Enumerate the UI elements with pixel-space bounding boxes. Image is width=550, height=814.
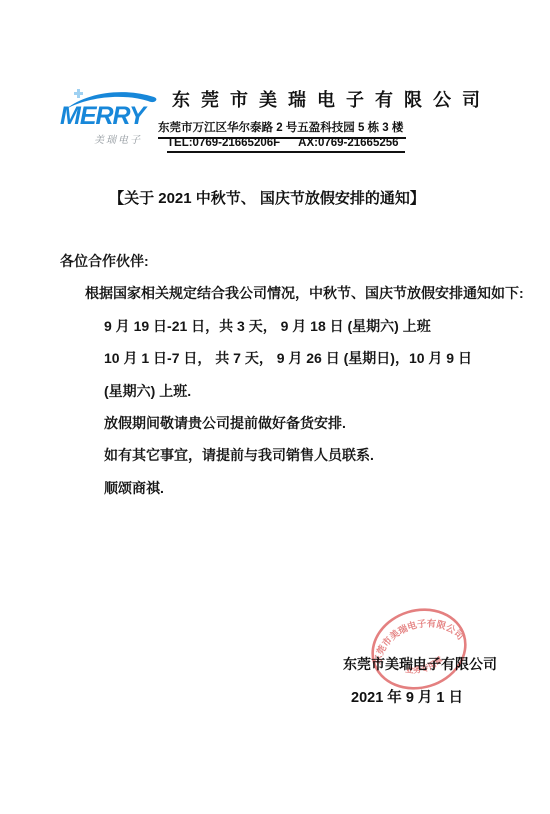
seal-business-label-text: 业务专用章	[402, 653, 447, 680]
paragraph-workday-note: (星期六) 上班.	[104, 375, 510, 407]
company-name-heading: 东莞市美瑞电子有限公司	[172, 86, 491, 112]
company-seal-stamp: 东莞市美瑞电子有限公司 业务专用章	[364, 601, 474, 697]
svg-text:业务专用章: 业务专用章	[402, 653, 447, 680]
notice-body: 各位合作伙伴: 根据国家相关规定结合我公司情况，中秋节、国庆节放假安排通知如下:…	[60, 245, 510, 504]
logo-brand-subtext: 美瑞电子	[94, 131, 142, 146]
notice-title: 【关于 2021 中秋节、 国庆节放假安排的通知】	[0, 187, 534, 208]
merry-logo: MERRY 美瑞电子	[58, 86, 170, 148]
paragraph-national-day-dates: 10 月 1 日-7 日， 共 7 天， 9 月 26 日 (星期日)，10 月…	[104, 342, 510, 374]
company-phone-line: TEL:0769-21665206FAX:0769-21665256	[167, 137, 405, 153]
company-address: 东莞市万江区华尔泰路 2 号五盈科技园 5 栋 3 楼	[158, 119, 406, 139]
paragraph-midautumn-dates: 9 月 19 日-21 日，共 3 天， 9 月 18 日 (星期六) 上班	[104, 310, 510, 342]
document-page: MERRY 美瑞电子 东莞市美瑞电子有限公司 东莞市万江区华尔泰路 2 号五盈科…	[0, 0, 550, 814]
logo-sparkle-icon	[74, 89, 83, 98]
paragraph-stock-reminder: 放假期间敬请贵公司提前做好备货安排.	[104, 407, 510, 439]
tel-number: TEL:0769-21665206F	[167, 137, 280, 149]
paragraph-contact-sales: 如有其它事宜，请提前与我司销售人员联系.	[104, 439, 510, 471]
fax-number: AX:0769-21665256	[298, 137, 398, 149]
seal-company-arc-text: 东莞市美瑞电子有限公司	[364, 606, 468, 668]
paragraph-closing: 顺颂商祺.	[104, 472, 510, 504]
salutation: 各位合作伙伴:	[60, 245, 510, 277]
paragraph-intro: 根据国家相关规定结合我公司情况，中秋节、国庆节放假安排通知如下:	[85, 277, 510, 309]
logo-brand-text: MERRY	[60, 102, 145, 131]
svg-text:东莞市美瑞电子有限公司: 东莞市美瑞电子有限公司	[364, 606, 468, 668]
